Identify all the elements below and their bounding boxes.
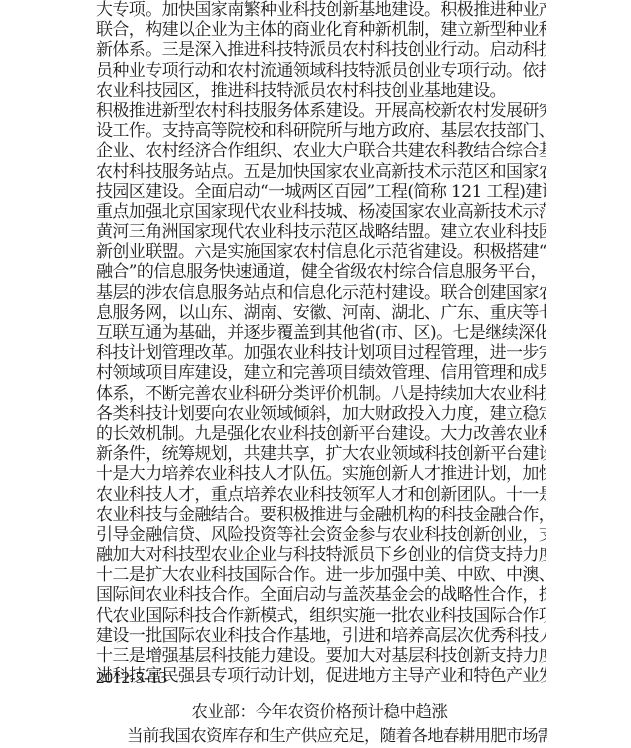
body-line-6: 积极推进新型农村科技服务体系建设。开展高校新农村发展研究院建 <box>96 101 546 121</box>
document-body: 大专项。加快国家南繁种业科技创新基地建设。积极推进种业产学研 联合，构建以企业为… <box>96 0 546 686</box>
body-line-12: 黄河三角洲国家现代农业科技示范区战略结盟。建立农业科技园区创 <box>96 222 546 242</box>
body-line-13: 新创业联盟。六是实施国家农村信息化示范省建设。积极搭建“三网 <box>96 242 546 262</box>
body-line-9: 农村科技服务站点。五是加快国家农业高新技术示范区和国家农业科 <box>96 162 546 182</box>
body-line-28: 融加大对科技型农业企业与科技特派员下乡创业的信贷支持力度。 <box>96 545 546 565</box>
body-line-33: 十三是增强基层科技能力建设。要加大对基层科技创新支持力度。推 <box>96 646 546 666</box>
body-line-22: 的长效机制。九是强化农业科技创新平台建设。大力改善农业科技创 <box>96 424 546 444</box>
body-line-19: 村领域项目库建设，建立和完善项目绩效管理、信用管理和成果管理 <box>96 363 546 383</box>
body-line-32: 建设一批国际农业科技合作基地，引进和培养高层次优秀科技人才。 <box>96 626 546 646</box>
next-article-title: 农业部：今年农资价格预计稳中趋涨 <box>0 698 631 722</box>
body-line-31: 代农业国际科技合作新模式，组织实施一批农业科技国际合作项目， <box>96 606 546 626</box>
article-date: 2012-5-13 <box>96 668 167 688</box>
body-line-16: 息服务网，以山东、湖南、安徽、河南、湖北、广东、重庆等七省市 <box>96 303 546 323</box>
body-line-15: 基层的涉农信息服务站点和信息化示范村建设。联合创建国家农村信 <box>96 283 546 303</box>
body-line-30: 国际间农业科技合作。全面启动与盖茨基金会的战略性合作，探索现 <box>96 585 546 605</box>
body-line-5: 农业科技园区，推进科技特派员农村科技创业基地建设。 四是 <box>96 81 546 101</box>
body-line-7: 设工作。支持高等院校和科研院所与地方政府、基层农技部门、涉农 <box>96 121 546 141</box>
body-line-24: 十是大力培养农业科技人才队伍。实施创新人才推进计划，加快培养 <box>96 464 546 484</box>
body-line-3: 新体系。三是深入推进科技特派员农村科技创业行动。启动科技特派 <box>96 40 546 60</box>
body-line-2: 联合，构建以企业为主体的商业化育种新机制，建立新型种业科技创 <box>96 20 546 40</box>
body-line-1: 大专项。加快国家南繁种业科技创新基地建设。积极推进种业产学研 <box>96 0 546 20</box>
body-line-27: 引导金融信贷、风险投资等社会资金参与农业科技创新创业，支持金 <box>96 525 546 545</box>
body-line-8: 企业、农村经济合作组织、农业大户联合共建农科教结合综合基地和 <box>96 141 546 161</box>
body-line-23: 新条件，统筹规划，共建共享，扩大农业领域科技创新平台建设范围。 <box>96 444 546 464</box>
body-line-17: 互联互通为基础，并逐步覆盖到其他省(市、区)。七是继续深化农村 <box>96 323 546 343</box>
body-line-29: 十二是扩大农业科技国际合作。进一步加强中美、中欧、中澳、中加 <box>96 565 546 585</box>
body-line-11: 重点加强北京国家现代农业科技城、杨凌国家农业高新技术示范区、 <box>96 202 546 222</box>
body-line-21: 各类科技计划要向农业领域倾斜，加大财政投入力度，建立稳定增长 <box>96 404 546 424</box>
next-article-first-line: 当前我国农资库存和生产供应充足，随着各地春耕用肥市场需求 <box>127 722 547 746</box>
body-line-4: 员种业专项行动和农村流通领域科技特派员创业专项行动。依托国家 <box>96 61 546 81</box>
body-line-26: 农业科技与金融结合。要积极推进与金融机构的科技金融合作，积极 <box>96 505 546 525</box>
body-line-18: 科技计划管理改革。加强农业科技计划项目过程管理，进一步完善农 <box>96 343 546 363</box>
body-line-10: 技园区建设。全面启动“一城两区百园”工程(简称 121 工程)建设， <box>96 182 546 202</box>
body-line-20: 体系，不断完善农业科研分类评价机制。八是持续加大农业科技投入。 <box>96 384 546 404</box>
body-line-25: 农业科技人才，重点培养农业科技领军人才和创新团队。十一是推动 <box>96 485 546 505</box>
body-line-14: 融合”的信息服务快速通道，健全省级农村综合信息服务平台，推进 <box>96 262 546 282</box>
